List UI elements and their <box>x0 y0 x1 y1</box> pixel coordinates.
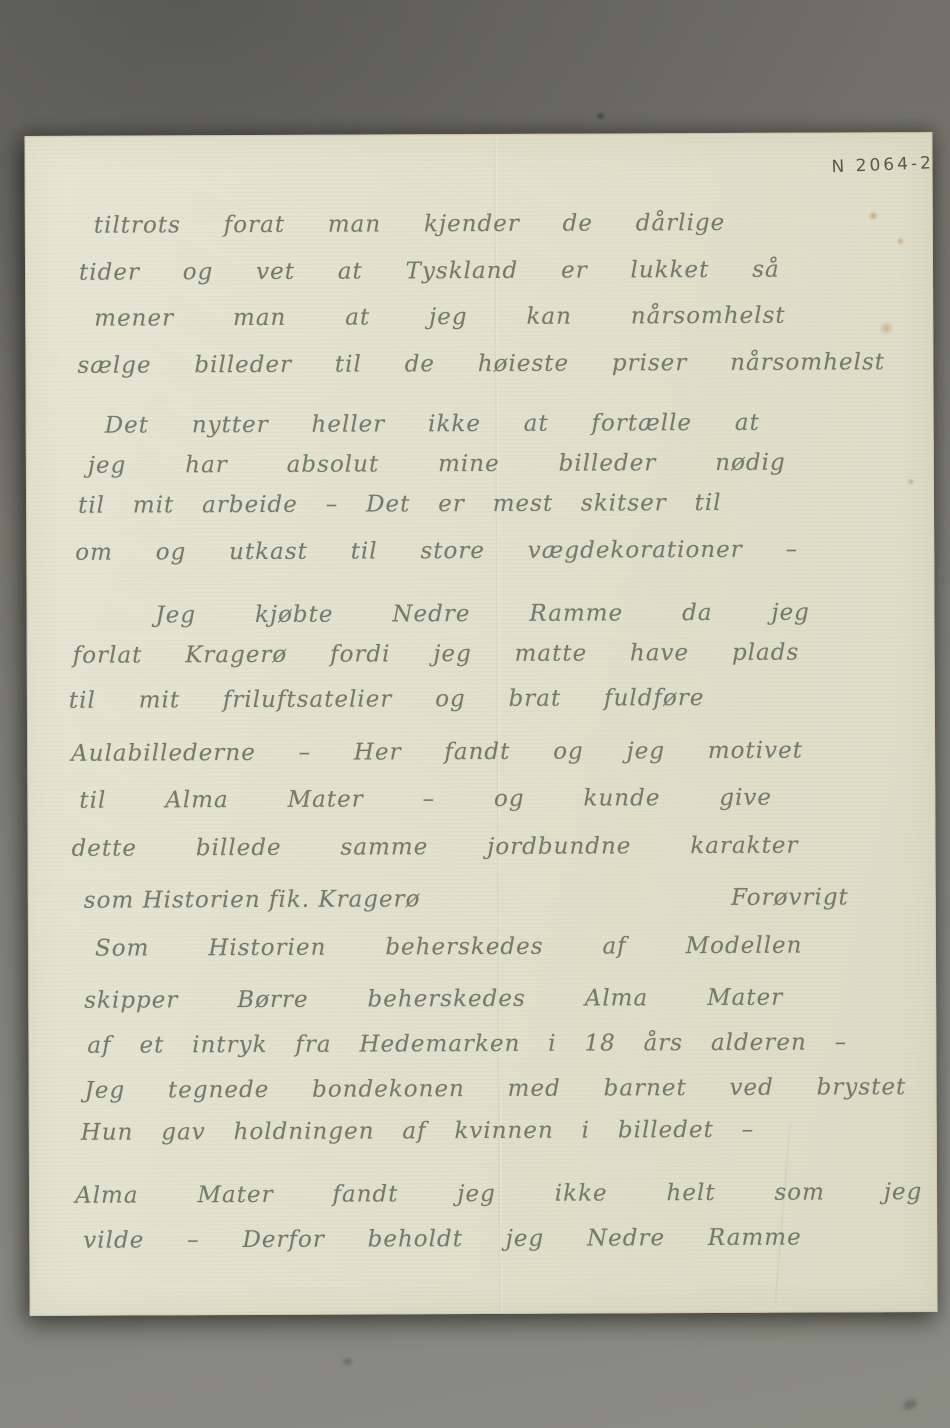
handwriting-line: af et intryk fra Hedemarken i 18 års ald… <box>87 1029 847 1058</box>
handwriting-line: Som Historien beherskedes af Modellen <box>95 933 803 962</box>
foxing-stain <box>907 478 915 485</box>
handwriting-line: skipper Børre beherskedes Alma Mater <box>84 985 783 1014</box>
handwriting-line: Alma Mater fandt jeg ikke helt som jeg <box>75 1179 922 1209</box>
handwriting-line: tider og vet at Tyskland er lukket så <box>79 257 780 286</box>
handwriting-line: til mit friluftsatelier og brat fuldføre <box>69 685 705 714</box>
handwriting-line: dette billede samme jordbundne karakter <box>71 833 798 862</box>
letter-page: N 2064-2 tiltrots forat man kjender de d… <box>24 132 937 1316</box>
handwriting-line: jeg har absolut mine billeder nødig <box>88 450 786 479</box>
catalog-number: N 2064-2 <box>831 153 934 177</box>
handwriting-line: Det nytter heller ikke at fortælle at <box>105 410 760 439</box>
handwriting-line: tiltrots forat man kjender de dårlige <box>94 210 726 239</box>
fold-crease <box>775 1124 793 1304</box>
handwriting-line: sælge billeder til de høieste priser når… <box>77 349 885 379</box>
handwriting-line: vilde – Derfor beholdt jeg Nedre Ramme <box>83 1225 802 1254</box>
handwriting-line: Jeg kjøbte Nedre Ramme da jeg <box>155 600 809 629</box>
foxing-stain <box>868 211 879 220</box>
handwriting-line: Hun gav holdningen af kvinnen i billedet… <box>81 1117 755 1146</box>
backdrop-speck <box>597 113 604 119</box>
handwriting-line: Jeg tegnede bondekonen med barnet ved br… <box>85 1074 907 1104</box>
handwriting-line-right-part: Forøvrigt <box>731 884 849 911</box>
handwriting-line-left-part: som Historien fik. Kragerø <box>84 886 421 913</box>
handwriting-line: Aulabillederne – Her fandt og jeg motive… <box>71 738 803 767</box>
foxing-stain <box>878 321 894 335</box>
backdrop-speck <box>902 1397 918 1411</box>
handwriting-line: til Alma Mater – og kunde give <box>79 785 772 814</box>
handwriting-line: forlat Kragerø fordi jeg matte have plad… <box>73 640 800 669</box>
handwriting-line: mener man at jeg kan nårsomhelst <box>94 303 786 332</box>
photo-background: N 2064-2 tiltrots forat man kjender de d… <box>0 0 950 1428</box>
handwriting-line: som Historien fik. Kragerø Forøvrigt <box>84 884 849 913</box>
foxing-stain <box>896 237 905 245</box>
handwriting-line: om og utkast til store vægdekorationer – <box>75 537 798 566</box>
backdrop-speck <box>343 1358 352 1365</box>
handwriting-line: til mit arbeide – Det er mest skitser ti… <box>78 490 722 519</box>
